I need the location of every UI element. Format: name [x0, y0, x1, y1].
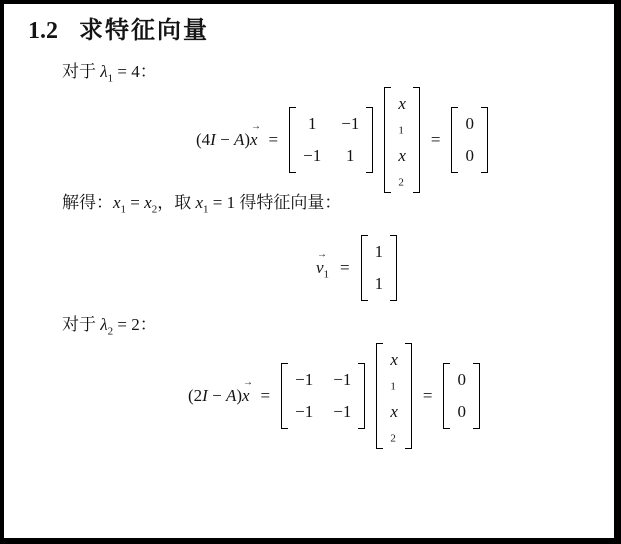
vector-cells: x1 x2: [391, 87, 413, 193]
paren-coefficient: (2: [188, 386, 202, 405]
text-prefix: 对于: [62, 62, 100, 81]
x1-symbol: x: [195, 193, 203, 212]
equals-text: =: [126, 193, 144, 212]
vector-v1-symbol: →v: [316, 258, 324, 278]
unknown-vector: x1 x2: [376, 343, 412, 449]
equation-lhs: (2I − A)→x: [188, 386, 250, 406]
unknown-vector: x1 x2: [384, 87, 420, 193]
equals-sign: =: [261, 386, 271, 406]
vector-cells: x1 x2: [383, 343, 405, 449]
bracket-left: [361, 235, 368, 301]
paragraph-lambda1: 对于 λ1 = 4：: [62, 60, 157, 84]
vector-x-symbol: →x: [250, 130, 258, 150]
vector-cell: 0: [457, 402, 466, 422]
text-mid: 取: [174, 193, 195, 212]
matrix-cell: −1: [341, 114, 359, 134]
matrix-cells: 1 −1 −1 1: [296, 107, 366, 173]
bracket-left: [289, 107, 296, 173]
equation-eigen-system-lambda2: (2I − A)→x = −1 −1 −1 −1 x1 x2 = 0: [188, 359, 480, 433]
section-number: 1.2: [28, 18, 58, 44]
matrix-cell: −1: [333, 370, 351, 390]
vector-cell: x2: [390, 402, 398, 442]
text-prefix: 解得：: [62, 193, 113, 212]
equals-sign: =: [269, 130, 279, 150]
vector-cell: 0: [465, 114, 474, 134]
vector-arrow-icon: →: [243, 377, 253, 388]
vector-cell: 0: [465, 146, 474, 166]
document-page: 1.2 求特征向量 对于 λ1 = 4： (4I − A)→x = 1 −1 −…: [0, 0, 621, 544]
matrix-cells: −1 −1 −1 −1: [288, 363, 358, 429]
matrix-A-symbol: A: [226, 386, 236, 405]
zero-vector: 0 0: [443, 363, 480, 429]
zero-vector: 0 0: [451, 107, 488, 173]
text-rest: = 4：: [113, 62, 157, 81]
vector-cell: x1: [398, 94, 406, 134]
text-prefix: 对于: [62, 315, 100, 334]
coefficient-matrix: −1 −1 −1 −1: [281, 363, 365, 429]
section-heading: 1.2 求特征向量: [28, 18, 209, 44]
matrix-cell: −1: [303, 146, 321, 166]
bracket-right: [473, 363, 480, 429]
paren-coefficient: (4: [196, 130, 210, 149]
matrix-cell: −1: [333, 402, 351, 422]
coefficient-matrix: 1 −1 −1 1: [289, 107, 373, 173]
lambda-symbol: λ: [100, 62, 107, 81]
vector-cells: 1 1: [368, 235, 391, 301]
paragraph-lambda2: 对于 λ2 = 2：: [62, 313, 157, 337]
section-title: 求特征向量: [79, 18, 209, 44]
x2-symbol: x: [144, 193, 152, 212]
vector-cells: 0 0: [458, 107, 481, 173]
matrix-cell: 1: [346, 146, 355, 166]
equals-sign: =: [340, 258, 350, 278]
equals-sign: =: [423, 386, 433, 406]
minus-operator: −: [216, 130, 234, 149]
vector-cell: 0: [457, 370, 466, 390]
vector-cell: 1: [375, 242, 384, 262]
vector-cell: 1: [375, 274, 384, 294]
bracket-right: [390, 235, 397, 301]
vector-cell: x2: [398, 146, 406, 186]
lambda-symbol: λ: [100, 315, 107, 334]
equation-lhs: →v1: [316, 258, 329, 278]
matrix-cell: −1: [295, 402, 313, 422]
eigenvector-value: 1 1: [361, 235, 398, 301]
matrix-cell: 1: [308, 114, 317, 134]
bracket-right: [481, 107, 488, 173]
text-suffix: 得特征向量：: [235, 193, 341, 212]
vector-arrow-icon: →: [251, 121, 261, 132]
paragraph-solution: 解得：x1 = x2，取 x1 = 1 得特征向量：: [62, 191, 341, 215]
vector-arrow-icon: →: [317, 249, 327, 260]
vector-x-symbol: →x: [242, 386, 250, 406]
bracket-right: [366, 107, 373, 173]
vector-cell: x1: [390, 350, 398, 390]
bracket-left: [384, 87, 391, 193]
equals-text: = 1: [208, 193, 235, 212]
bracket-left: [376, 343, 383, 449]
minus-operator: −: [208, 386, 226, 405]
equals-sign: =: [431, 130, 441, 150]
bracket-left: [451, 107, 458, 173]
x1-symbol: x: [113, 193, 121, 212]
matrix-A-symbol: A: [234, 130, 244, 149]
equation-lhs: (4I − A)→x: [196, 130, 258, 150]
comma: ，: [157, 193, 174, 212]
matrix-cell: −1: [295, 370, 313, 390]
text-rest: = 2：: [113, 315, 157, 334]
bracket-right: [413, 87, 420, 193]
bracket-left: [281, 363, 288, 429]
bracket-right: [405, 343, 412, 449]
equation-eigenvector-v1: →v1 = 1 1: [316, 233, 397, 303]
equation-eigen-system-lambda1: (4I − A)→x = 1 −1 −1 1 x1 x2 = 0: [196, 105, 488, 175]
vector-cells: 0 0: [450, 363, 473, 429]
bracket-right: [358, 363, 365, 429]
bracket-left: [443, 363, 450, 429]
